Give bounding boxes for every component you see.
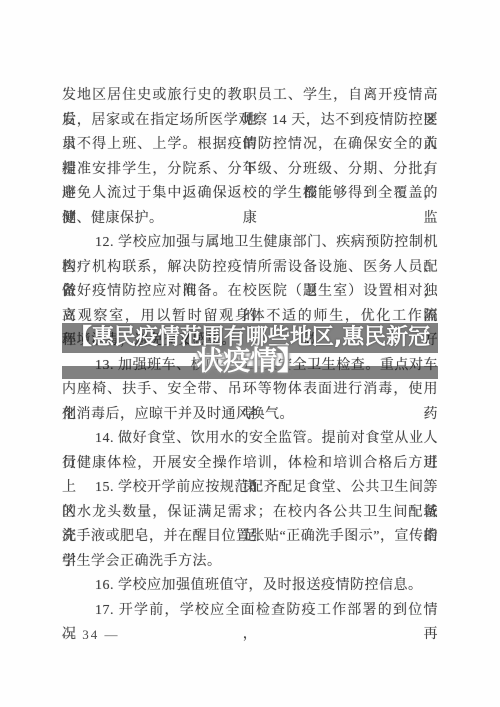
document-text-line: 避免人流过于集中，确保返校的学生都能够得到全覆盖的健康监 [62, 182, 438, 207]
document-text-line: 17. 开学前，学校应全面检查防疫工作部署的到位情况，再 [62, 599, 438, 624]
document-text-line: 行健康体检，开展安全操作培训，体检和培训合格后方可上岗。 [62, 452, 438, 477]
document-text-line: 精准安排学生，分院系、分年级、分班级、分期、分批有序返校， [62, 158, 438, 183]
document-text-line: 发地区居住史或旅行史的教职员工、学生，自离开疫情高发地区 [62, 84, 438, 109]
scanned-document-page: 发地区居住史或旅行史的教职员工、学生，自离开疫情高发地区后，居家或在指定场所医学… [0, 0, 500, 707]
document-text-line: 的水龙头数量，保证满足需求；在校内各公共卫生间配备充足的 [62, 501, 438, 526]
document-text-line: 15. 学校开学前应按规范配齐配足食堂、公共卫生间等区域 [62, 476, 438, 501]
document-text-line: 后，居家或在指定场所医学观察 14 天，达不到疫情防控要求的人 [62, 109, 438, 134]
document-text-line: 做好疫情防控应对准备。在校医院（卫生室）设置相对独立的隔 [62, 280, 438, 305]
document-text-line: 内座椅、扶手、安全带、吊环等物体表面进行消毒，使用化学药 [62, 378, 438, 403]
document-text-line: 洗手液或肥皂，并在醒目位置张贴“正确洗手图示”，宣传指引 [62, 525, 438, 550]
document-text-line: 12. 学校应加强与属地卫生健康部门、疾病预防控制机构、 [62, 231, 438, 256]
page-number: — 34 — [62, 623, 120, 648]
document-text-line: 医疗机构联系，解决防控疫情所需设备设施、医务人员配备问题， [62, 256, 438, 281]
document-text-line: 14. 做好食堂、饮用水的安全监管。提前对食堂从业人员进 [62, 427, 438, 452]
document-text-line: 16. 学校应加强值班值守，及时报送疫情防控信息。 [62, 574, 438, 599]
document-text-line: 学生学会正确洗手方法。 [62, 550, 438, 575]
watermark-title-line2: 状疫情】 [62, 346, 438, 378]
document-text-line: 员不得上班、上学。根据疫情防控情况，在确保安全的前提下， [62, 133, 438, 158]
